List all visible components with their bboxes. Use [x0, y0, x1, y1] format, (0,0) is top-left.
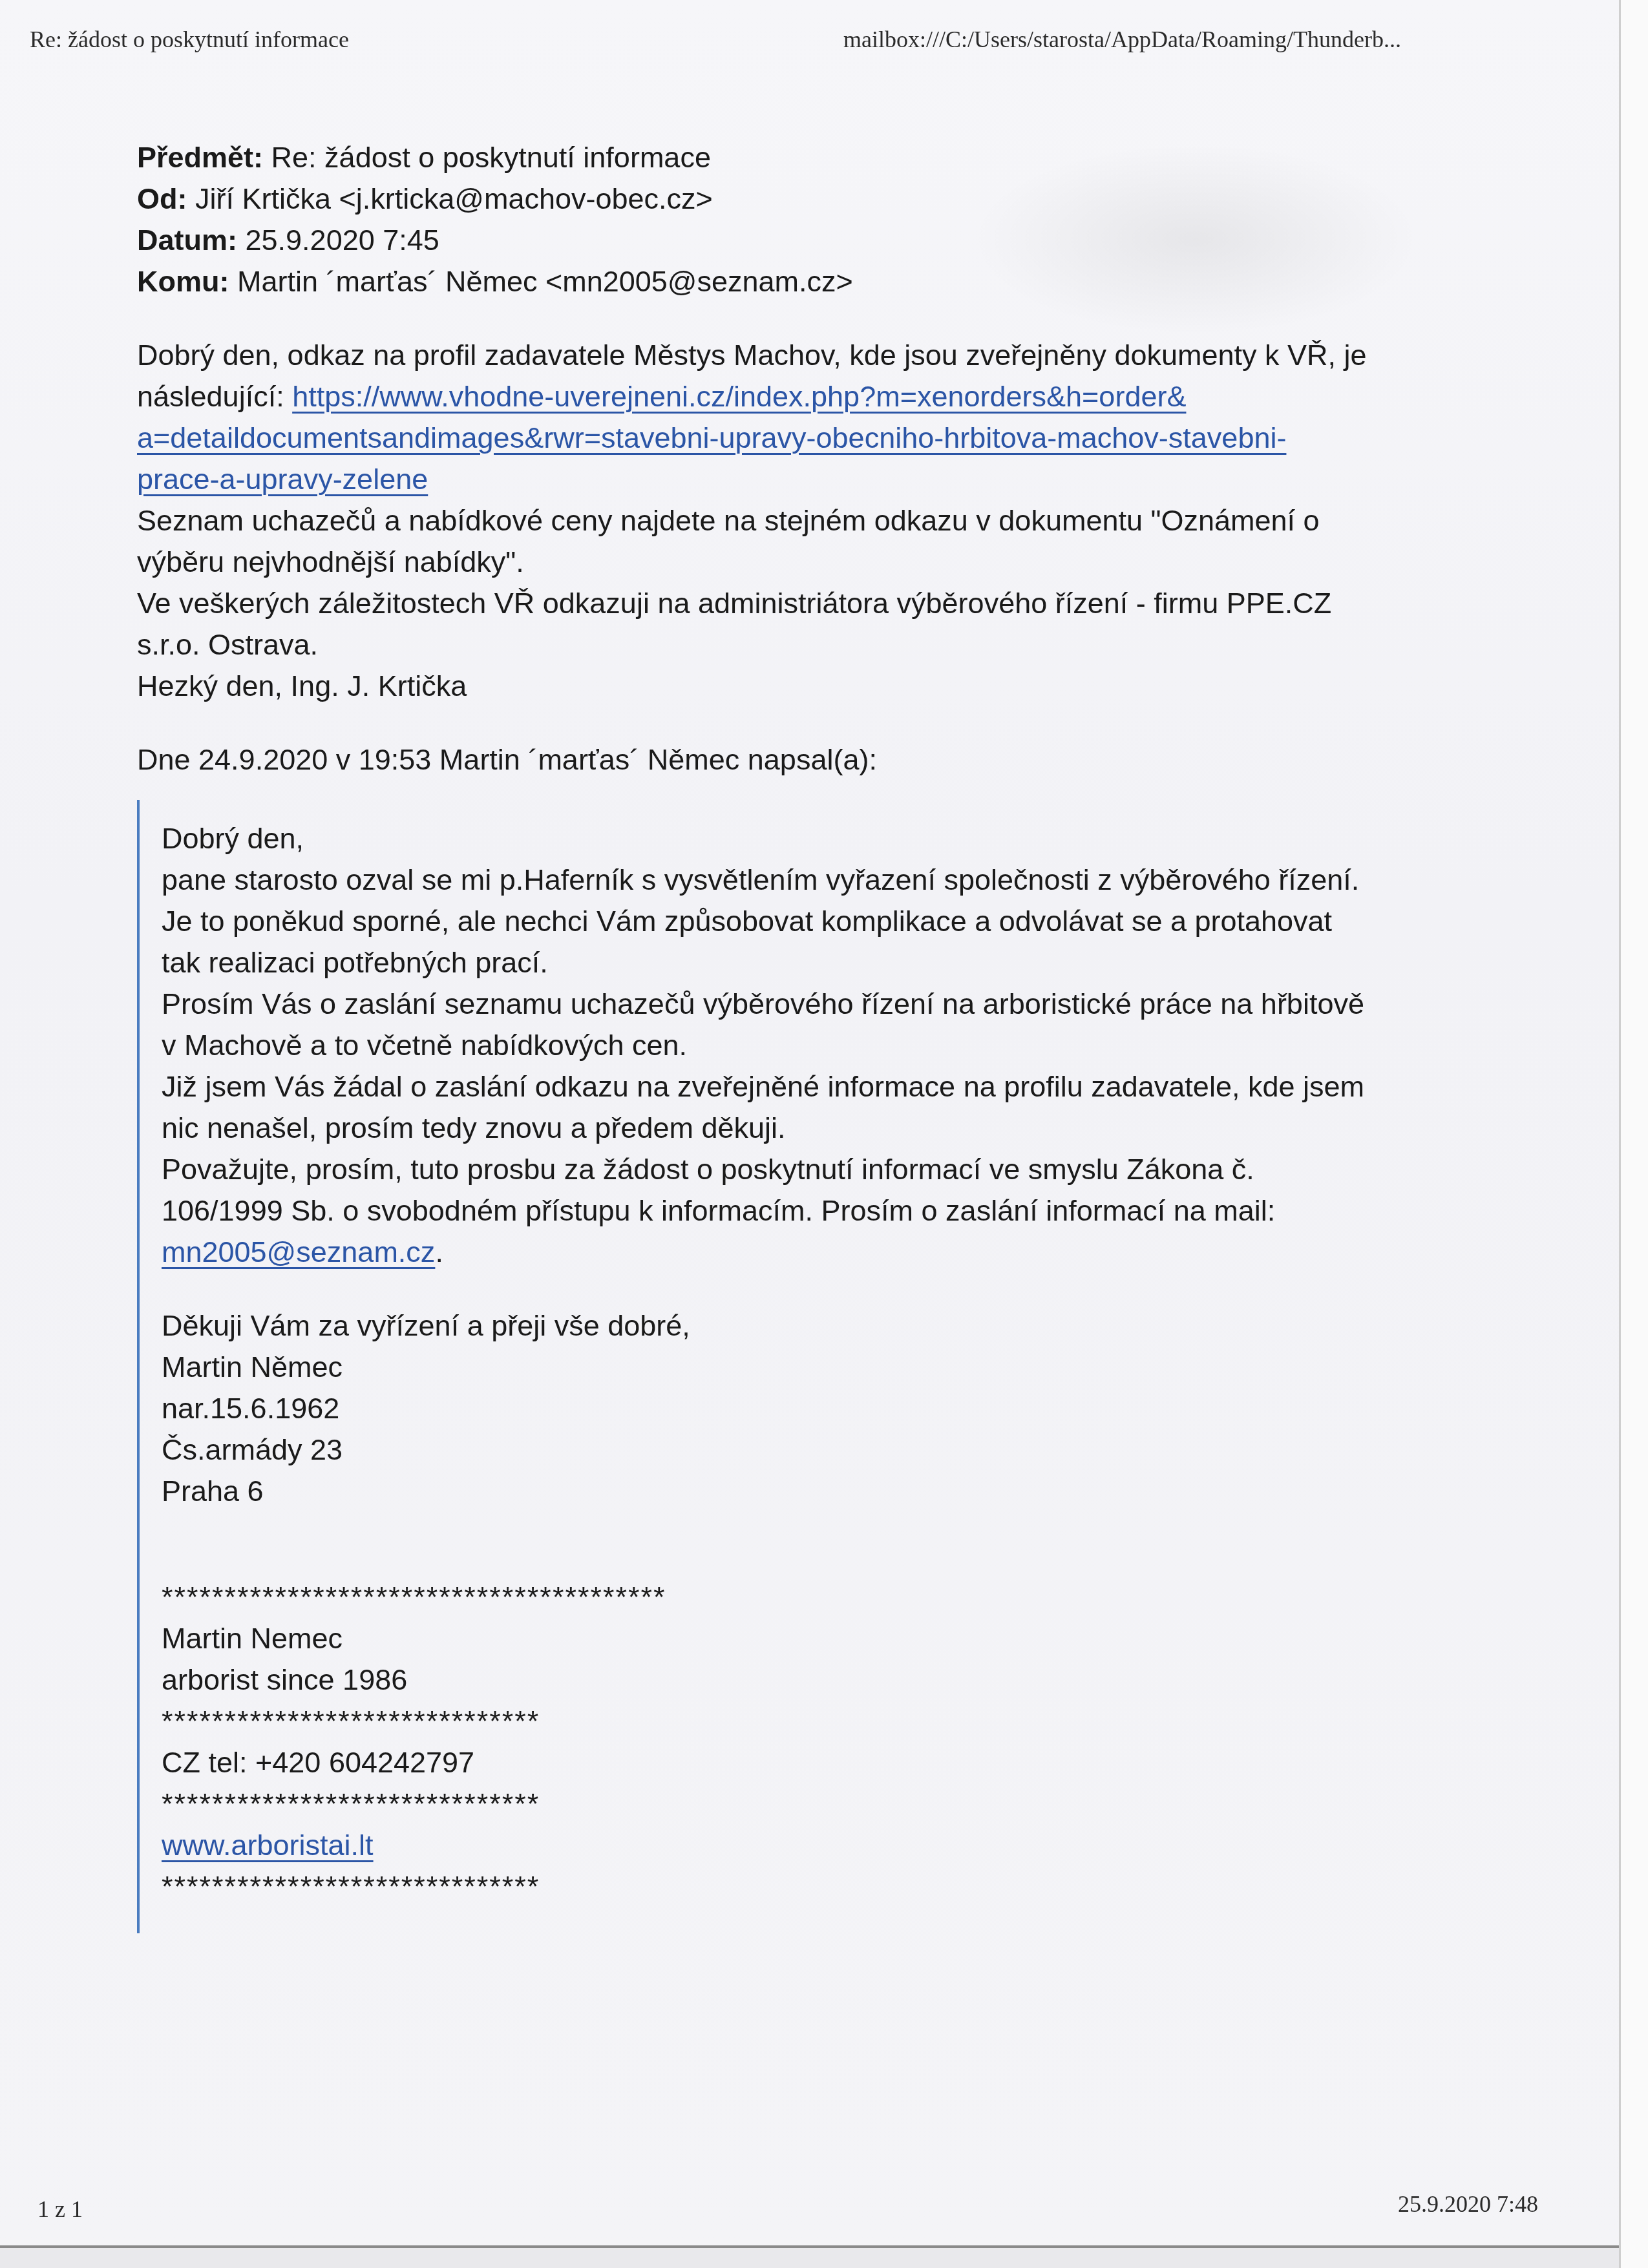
profile-link-cont[interactable]: a=detaildocumentsandimages&rwr=stavebni-… — [137, 421, 1286, 454]
header-to: Komu: Martin ´marťas´ Němec <mn2005@sezn… — [137, 261, 1494, 302]
scanner-edge — [1619, 0, 1648, 2268]
signature-name: Martin Nemec — [162, 1618, 1494, 1659]
signature-divider: ****************************** — [162, 1783, 1494, 1825]
signature-divider: **************************************** — [162, 1577, 1494, 1618]
print-header-title: Re: žádost o poskytnutí informace — [30, 26, 349, 53]
quoted-message: Dobrý den, pane starosto ozval se mi p.H… — [137, 800, 1494, 1933]
reply-signoff: Hezký den, Ing. J. Krtička — [137, 666, 1494, 707]
header-date: Datum: 25.9.2020 7:45 — [137, 220, 1494, 261]
reply-body: Dobrý den, odkaz na profil zadavatele Mě… — [137, 335, 1494, 707]
signature: ****************************************… — [162, 1577, 1494, 1907]
reply-email-link[interactable]: mn2005@seznam.cz — [162, 1235, 435, 1268]
signature-tagline: arborist since 1986 — [162, 1659, 1494, 1701]
signature-divider: ****************************** — [162, 1866, 1494, 1907]
quote-intro: Dne 24.9.2020 v 19:53 Martin ´marťas´ Ně… — [137, 739, 1494, 781]
print-footer-page: 1 z 1 — [37, 2196, 83, 2223]
profile-link[interactable]: https://www.vhodne-uverejneni.cz/index.p… — [292, 380, 1186, 413]
website-link[interactable]: www.arboristai.lt — [162, 1829, 374, 1862]
closing: Děkuji Vám za vyřízení a přeji vše dobré… — [162, 1305, 1494, 1512]
header-from: Od: Jiří Krtička <j.krticka@machov-obec.… — [137, 178, 1494, 220]
email-headers: Předmět: Re: žádost o poskytnutí informa… — [137, 137, 1494, 302]
email-message: Předmět: Re: žádost o poskytnutí informa… — [137, 137, 1494, 1933]
print-footer-date: 25.9.2020 7:48 — [1398, 2190, 1538, 2218]
scanned-page: Re: žádost o poskytnutí informace mailbo… — [0, 0, 1619, 2248]
profile-link-end[interactable]: prace-a-upravy-zelene — [137, 463, 428, 496]
signature-phone: CZ tel: +420 604242797 — [162, 1742, 1494, 1783]
print-header-location: mailbox:///C:/Users/starosta/AppData/Roa… — [843, 26, 1401, 53]
signature-divider: ****************************** — [162, 1701, 1494, 1742]
header-subject: Předmět: Re: žádost o poskytnutí informa… — [137, 137, 1494, 178]
